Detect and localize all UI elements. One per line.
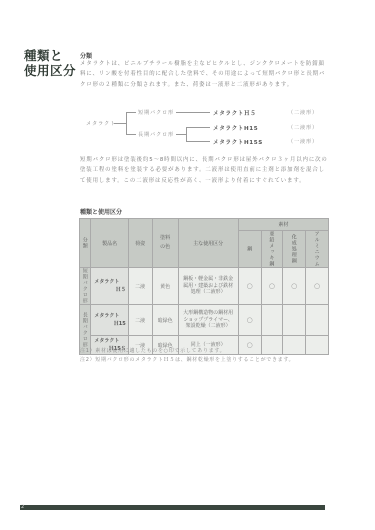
row-mark-chemical: [283, 305, 306, 336]
header-substrate-chemical: 化成処理鋼: [283, 231, 306, 268]
header-usage: 主な使用区分: [178, 219, 238, 268]
tree-product-h15s-type: （一液形）: [288, 138, 318, 145]
tree-product-h5: メタラクトＨ５: [213, 109, 256, 117]
row-product: メタラクトＨ15: [91, 305, 128, 336]
header-substrate-galvanized: 亜鉛メッキ鋼: [261, 231, 283, 268]
side-title-line2: 使用区分: [24, 63, 76, 78]
tree-line: [186, 127, 210, 128]
tree-line: [176, 112, 210, 113]
footer-bar: [20, 505, 325, 510]
tree-product-h15s: メタラクトH15S: [213, 138, 263, 146]
tree-line: [114, 123, 126, 124]
tree-branch-long: 長期バクロ形: [138, 131, 174, 138]
tree-product-h5-type: （二液形）: [288, 109, 318, 116]
table-row: 長期バクロ形 メタラクトＨ15 二液 暗緑色 大形鋼構造物の鋼材用ショッププライ…: [80, 305, 329, 336]
side-title: 種類と 使用区分: [24, 48, 76, 78]
note-2: 注2）短期バクロ形のメタラクトＨ５は、鋼材乾燥形を上塗りすることができます。: [80, 356, 294, 365]
page-number: 2: [21, 504, 24, 511]
header-substrate-steel: 鋼: [238, 231, 261, 268]
side-title-line1: 種類と: [24, 48, 76, 63]
tree-line: [126, 112, 136, 113]
row-mark-steel: ○: [238, 305, 261, 336]
header-color: 塗料の色: [152, 219, 178, 268]
row-usage: 大形鋼構造物の鋼材用ショッププライマー、架設乾燥（二液形）: [178, 305, 238, 336]
row-packaging: 二液: [128, 268, 152, 305]
header-category: 分類: [80, 219, 91, 268]
classification-paragraph-2: 短期バクロ形は塗装後約5～8時間以内に、長期バクロ形は屋外バクロ３ヶ月以内に次の…: [80, 155, 330, 186]
tree-branch-short: 短期バクロ形: [138, 109, 174, 116]
row-mark-steel: ○: [238, 268, 261, 305]
row-product: メタラクトＨ５: [91, 268, 128, 305]
row-mark-aluminum: ○: [306, 268, 329, 305]
classification-tree: メタラクト 短期バクロ形 長期バクロ形 メタラクトＨ５ （二液形） メタラクトH…: [80, 108, 335, 144]
usage-table: 分類 製品名 荷姿 塗料の色 主な使用区分 素材 鋼 亜鉛メッキ鋼 化成処理鋼 …: [79, 218, 329, 355]
header-substrate-aluminum: アルミニウム: [306, 231, 329, 268]
row-color: 暗緑色: [152, 305, 178, 336]
header-substrate-group: 素材: [238, 219, 328, 231]
usage-table-title: 種類と使用区分: [80, 207, 122, 216]
row-packaging: 二液: [128, 305, 152, 336]
row-category: 短期バクロ形: [80, 268, 91, 305]
tree-line: [126, 134, 136, 135]
tree-line: [126, 112, 127, 134]
note-1: 注1）素材は使用に適したものを○印で示してあります。: [80, 347, 294, 356]
row-color: 黄色: [152, 268, 178, 305]
table-row: 短期バクロ形 メタラクトＨ５ 二液 黄色 鋼板・軽金属・非鉄金属用・建築および鉄…: [80, 268, 329, 305]
classification-paragraph-1: メタラクトは、ビニルブチラール樹脂を主なビヒクルとし、ジンククロメートを防錆顔料…: [80, 59, 330, 90]
row-usage: 鋼板・軽金属・非鉄金属用・建築および鉄材処理（二液形）: [178, 268, 238, 305]
header-product: 製品名: [91, 219, 128, 268]
row-mark-galvanized: [261, 305, 283, 336]
tree-product-h15: メタラクトH15: [213, 124, 258, 132]
row-mark-aluminum: [306, 336, 329, 355]
header-packaging: 荷姿: [128, 219, 152, 268]
tree-root: メタラクト: [86, 120, 116, 127]
row-mark-aluminum: [306, 305, 329, 336]
row-mark-chemical: ○: [283, 268, 306, 305]
tree-line: [176, 134, 186, 135]
tree-line: [186, 127, 187, 141]
row-mark-galvanized: ○: [261, 268, 283, 305]
tree-line: [186, 141, 210, 142]
table-notes: 注1）素材は使用に適したものを○印で示してあります。 注2）短期バクロ形のメタラ…: [80, 347, 294, 365]
tree-product-h15-type: （二液形）: [288, 124, 318, 131]
